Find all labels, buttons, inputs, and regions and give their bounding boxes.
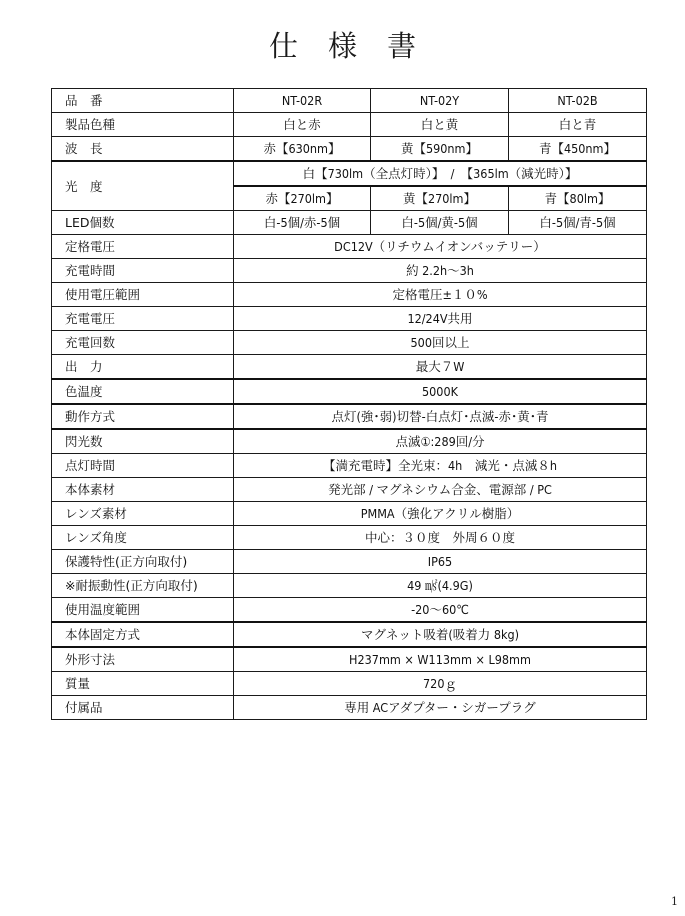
model-nt-02b: NT-02B (509, 89, 647, 113)
value-luminous-white: 白【730lm（全点灯時）】 / 【365lm（減光時）】 (234, 161, 647, 186)
label-lens-material: レンズ素材 (52, 502, 234, 526)
label-color-type: 製品色種 (52, 113, 234, 137)
value-rated-voltage: DC12V（リチウムイオンバッテリー） (234, 235, 647, 259)
row-temp-range: 使用温度範囲 -20～60℃ (52, 598, 647, 623)
label-dimensions: 外形寸法 (52, 647, 234, 672)
row-dimensions: 外形寸法 H237mm × W113mm × L98mm (52, 647, 647, 672)
label-protection: 保護特性(正方向取付) (52, 550, 234, 574)
value-led-count-y: 白-5個/黄-5個 (371, 211, 509, 235)
label-color-temp: 色温度 (52, 379, 234, 404)
row-model-number: 品 番 NT-02R NT-02Y NT-02B (52, 89, 647, 113)
label-vibration: ※耐振動性(正方向取付) (52, 574, 234, 598)
value-color-type-r: 白と赤 (234, 113, 371, 137)
row-led-count: LED個数 白-5個/赤-5個 白-5個/黄-5個 白-5個/青-5個 (52, 211, 647, 235)
label-voltage-range: 使用電圧範囲 (52, 283, 234, 307)
label-model-number: 品 番 (52, 89, 234, 113)
value-color-type-b: 白と青 (509, 113, 647, 137)
value-color-type-y: 白と黄 (371, 113, 509, 137)
label-rated-voltage: 定格電圧 (52, 235, 234, 259)
document-title: 仕様書 (0, 26, 685, 66)
label-body-material: 本体素材 (52, 478, 234, 502)
value-lighting-time: 【満充電時】全光束：4h 減光・点滅８h (234, 454, 647, 478)
label-lighting-time: 点灯時間 (52, 454, 234, 478)
value-temp-range: -20～60℃ (234, 598, 647, 623)
row-accessories: 付属品 専用 ACアダプター・シガープラグ (52, 696, 647, 720)
label-temp-range: 使用温度範囲 (52, 598, 234, 623)
value-body-material: 発光部 / マグネシウム合金、電源部 / PC (234, 478, 647, 502)
label-charge-time: 充電時間 (52, 259, 234, 283)
row-lens-material: レンズ素材 PMMA（強化アクリル樹脂） (52, 502, 647, 526)
label-accessories: 付属品 (52, 696, 234, 720)
value-dimensions: H237mm × W113mm × L98mm (234, 647, 647, 672)
row-body-material: 本体素材 発光部 / マグネシウム合金、電源部 / PC (52, 478, 647, 502)
value-charge-voltage: 12/24V共用 (234, 307, 647, 331)
value-protection: IP65 (234, 550, 647, 574)
spec-table: 品 番 NT-02R NT-02Y NT-02B 製品色種 白と赤 白と黄 白と… (51, 88, 647, 720)
label-led-count: LED個数 (52, 211, 234, 235)
row-charge-cycles: 充電回数 500回以上 (52, 331, 647, 355)
label-lens-angle: レンズ角度 (52, 526, 234, 550)
value-flash-rate: 点滅①:289回/分 (234, 429, 647, 454)
row-flash-rate: 閃光数 点滅①:289回/分 (52, 429, 647, 454)
row-charge-voltage: 充電電圧 12/24V共用 (52, 307, 647, 331)
label-luminous: 光 度 (52, 161, 234, 211)
row-mounting: 本体固定方式 マグネット吸着(吸着力 8kg) (52, 622, 647, 647)
value-luminous-b: 青【80lm】 (509, 186, 647, 211)
value-accessories: 専用 ACアダプター・シガープラグ (234, 696, 647, 720)
label-charge-cycles: 充電回数 (52, 331, 234, 355)
row-vibration: ※耐振動性(正方向取付) 49 ㎨(4.9G) (52, 574, 647, 598)
row-charge-time: 充電時間 約 2.2h～3h (52, 259, 647, 283)
row-lens-angle: レンズ角度 中心：３０度 外周６０度 (52, 526, 647, 550)
row-weight: 質量 720ｇ (52, 672, 647, 696)
page-number: 1 (671, 895, 678, 908)
row-rated-voltage: 定格電圧 DC12V（リチウムイオンバッテリー） (52, 235, 647, 259)
value-wavelength-r: 赤【630nm】 (234, 137, 371, 162)
value-wavelength-y: 黄【590nm】 (371, 137, 509, 162)
value-charge-cycles: 500回以上 (234, 331, 647, 355)
label-charge-voltage: 充電電圧 (52, 307, 234, 331)
value-lens-material: PMMA（強化アクリル樹脂） (234, 502, 647, 526)
label-wavelength: 波 長 (52, 137, 234, 162)
row-voltage-range: 使用電圧範囲 定格電圧±１０% (52, 283, 647, 307)
row-operation: 動作方式 点灯(強･弱)切替-白点灯･点滅-赤･黄･青 (52, 404, 647, 429)
row-protection: 保護特性(正方向取付) IP65 (52, 550, 647, 574)
value-weight: 720ｇ (234, 672, 647, 696)
row-color-type: 製品色種 白と赤 白と黄 白と青 (52, 113, 647, 137)
row-luminous-white: 光 度 白【730lm（全点灯時）】 / 【365lm（減光時）】 (52, 161, 647, 186)
label-output: 出 力 (52, 355, 234, 380)
value-luminous-y: 黄【270lm】 (371, 186, 509, 211)
value-color-temp: 5000K (234, 379, 647, 404)
label-weight: 質量 (52, 672, 234, 696)
row-output: 出 力 最大７W (52, 355, 647, 380)
label-operation: 動作方式 (52, 404, 234, 429)
row-lighting-time: 点灯時間 【満充電時】全光束：4h 減光・点滅８h (52, 454, 647, 478)
value-lens-angle: 中心：３０度 外周６０度 (234, 526, 647, 550)
model-nt-02y: NT-02Y (371, 89, 509, 113)
value-charge-time: 約 2.2h～3h (234, 259, 647, 283)
row-wavelength: 波 長 赤【630nm】 黄【590nm】 青【450nm】 (52, 137, 647, 162)
value-wavelength-b: 青【450nm】 (509, 137, 647, 162)
label-flash-rate: 閃光数 (52, 429, 234, 454)
label-mounting: 本体固定方式 (52, 622, 234, 647)
row-color-temp: 色温度 5000K (52, 379, 647, 404)
value-luminous-r: 赤【270lm】 (234, 186, 371, 211)
model-nt-02r: NT-02R (234, 89, 371, 113)
value-mounting: マグネット吸着(吸着力 8kg) (234, 622, 647, 647)
value-led-count-b: 白-5個/青-5個 (509, 211, 647, 235)
value-led-count-r: 白-5個/赤-5個 (234, 211, 371, 235)
value-vibration: 49 ㎨(4.9G) (234, 574, 647, 598)
value-voltage-range: 定格電圧±１０% (234, 283, 647, 307)
value-output: 最大７W (234, 355, 647, 380)
value-operation: 点灯(強･弱)切替-白点灯･点滅-赤･黄･青 (234, 404, 647, 429)
